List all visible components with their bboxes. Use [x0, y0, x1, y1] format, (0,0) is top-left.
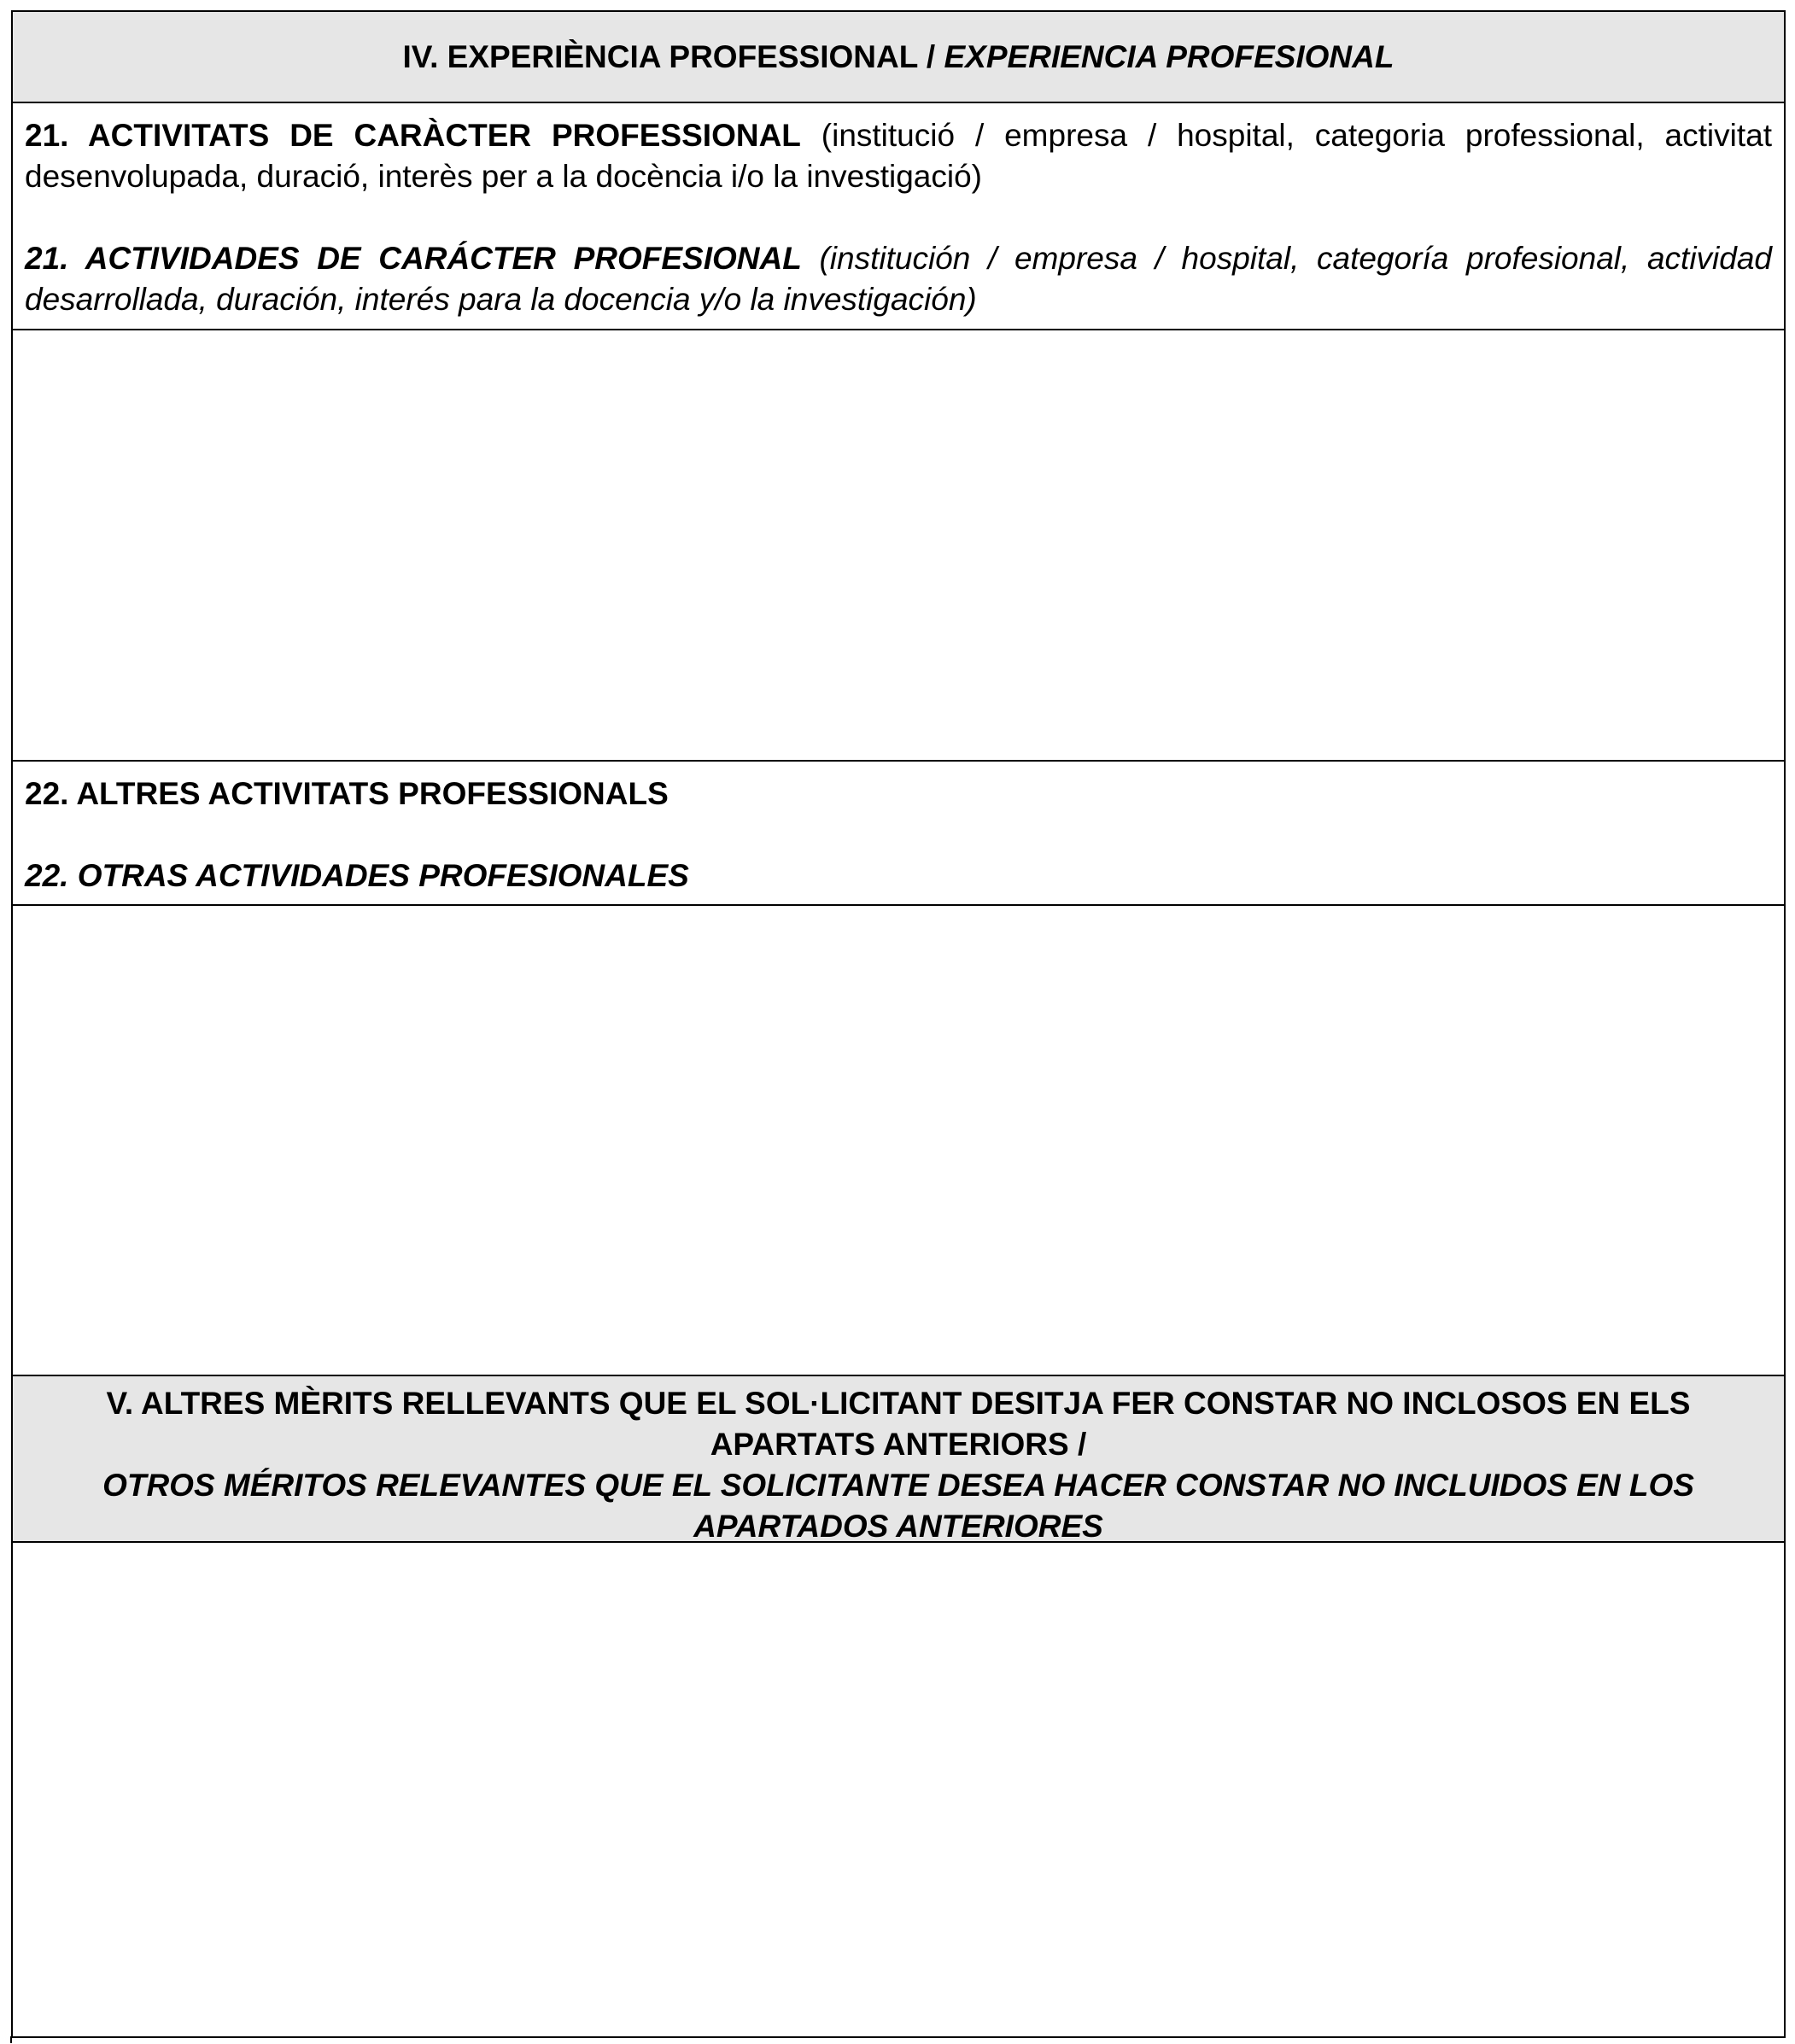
section-v-header: V. ALTRES MÈRITS RELLEVANTS QUE EL SOL·L…	[13, 1376, 1784, 1543]
item-21-title-es: 21. ACTIVIDADES DE CARÁCTER PROFESIONAL	[25, 241, 802, 276]
item-22-field[interactable]	[13, 906, 1784, 1376]
section-v-field[interactable]	[13, 1543, 1784, 2036]
cv-form-table: IV. EXPERIÈNCIA PROFESSIONAL / EXPERIENC…	[11, 10, 1786, 2038]
section-iv-title-es: EXPERIENCIA PROFESIONAL	[944, 39, 1394, 74]
item-22-label: 22. ALTRES ACTIVITATS PROFESSIONALS 22. …	[13, 762, 1784, 906]
item-22-title-ca: 22. ALTRES ACTIVITATS PROFESSIONALS	[25, 774, 1772, 815]
item-21-title-ca: 21. ACTIVITATS DE CARÀCTER PROFESSIONAL	[25, 118, 801, 153]
section-v-title-es: OTROS MÉRITOS RELEVANTES QUE EL SOLICITA…	[13, 1465, 1784, 1547]
item-22-title-es: 22. OTRAS ACTIVIDADES PROFESIONALES	[25, 856, 1772, 896]
section-iv-header: IV. EXPERIÈNCIA PROFESSIONAL / EXPERIENC…	[13, 12, 1784, 103]
item-21-label: 21. ACTIVITATS DE CARÀCTER PROFESSIONAL …	[13, 103, 1784, 330]
page-mark	[10, 2036, 12, 2043]
section-iv-title-ca: IV. EXPERIÈNCIA PROFESSIONAL /	[403, 39, 944, 74]
section-v-title-ca: V. ALTRES MÈRITS RELLEVANTS QUE EL SOL·L…	[13, 1383, 1784, 1465]
item-21-field[interactable]	[13, 330, 1784, 762]
